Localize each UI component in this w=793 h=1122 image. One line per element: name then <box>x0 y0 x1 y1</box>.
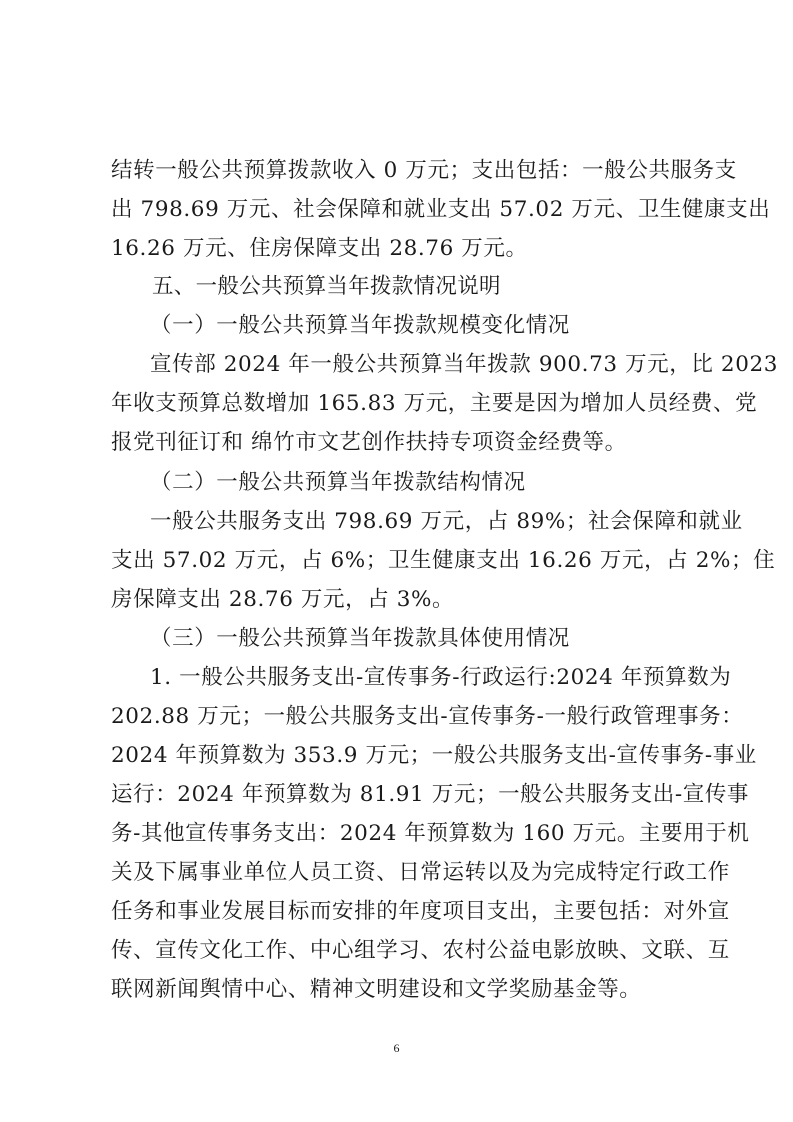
paragraph-line: 运行：2024 年预算数为 81.91 万元；一般公共服务支出-宣传事 <box>111 783 701 807</box>
paragraph-line: 任务和事业发展目标而安排的年度项目支出，主要包括：对外宣 <box>111 900 701 924</box>
paragraph-line: 务-其他宣传事务支出：2024 年预算数为 160 万元。主要用于机 <box>111 822 701 846</box>
paragraph-line: 2024 年预算数为 353.9 万元；一般公共服务支出-宣传事务-事业 <box>111 744 701 768</box>
section-heading: 五、一般公共预算当年拨款情况说明 <box>152 275 742 299</box>
paragraph-line: 202.88 万元；一般公共服务支出-宣传事务-一般行政管理事务： <box>111 705 701 729</box>
paragraph-line: 1. 一般公共服务支出-宣传事务-行政运行:2024 年预算数为 <box>150 666 701 690</box>
paragraph-line: 联网新闻舆情中心、精神文明建设和文学奖励基金等。 <box>111 978 701 1002</box>
paragraph-line: 关及下属事业单位人员工资、日常运转以及为完成特定行政工作 <box>111 861 701 885</box>
subsection-heading: （二）一般公共预算当年拨款结构情况 <box>150 471 740 495</box>
document-page: 结转一般公共预算拨款收入 0 万元；支出包括：一般公共服务支 出 798.69 … <box>0 0 793 1122</box>
paragraph-line: 房保障支出 28.76 万元，占 3%。 <box>111 588 701 612</box>
paragraph-line: 结转一般公共预算拨款收入 0 万元；支出包括：一般公共服务支 <box>111 159 701 183</box>
paragraph-line: 年收支预算总数增加 165.83 万元，主要是因为增加人员经费、党 <box>111 392 701 416</box>
paragraph-line: 出 798.69 万元、社会保障和就业支出 57.02 万元、卫生健康支出 <box>111 198 701 222</box>
page-number: 6 <box>0 1041 793 1056</box>
paragraph-line: 一般公共服务支出 798.69 万元，占 89%；社会保障和就业 <box>150 510 701 534</box>
paragraph-line: 传、宣传文化工作、中心组学习、农村公益电影放映、文联、互 <box>111 939 701 963</box>
paragraph-line: 支出 57.02 万元，占 6%；卫生健康支出 16.26 万元，占 2%；住 <box>111 549 701 573</box>
subsection-heading: （一）一般公共预算当年拨款规模变化情况 <box>150 314 740 338</box>
paragraph-line: 宣传部 2024 年一般公共预算当年拨款 900.73 万元，比 2023 <box>150 353 701 377</box>
paragraph-line: 报党刊征订和 绵竹市文艺创作扶持专项资金经费等。 <box>111 431 701 455</box>
paragraph-line: 16.26 万元、住房保障支出 28.76 万元。 <box>111 237 701 261</box>
subsection-heading: （三）一般公共预算当年拨款具体使用情况 <box>150 627 740 651</box>
